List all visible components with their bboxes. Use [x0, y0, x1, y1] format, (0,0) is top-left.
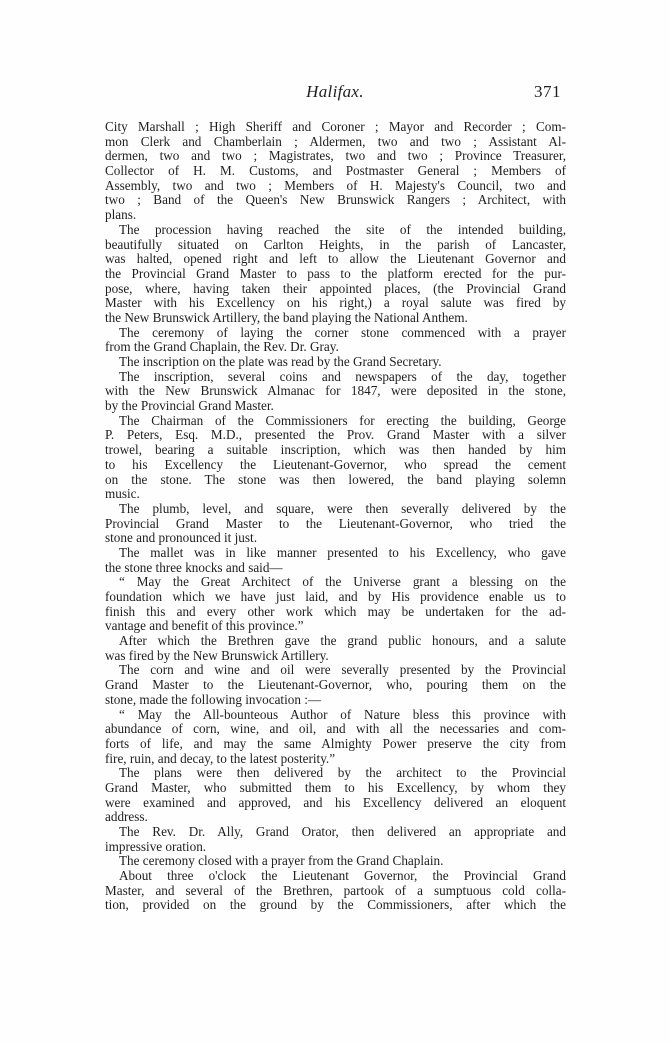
text-line: foundation which we have just laid, and … — [105, 590, 566, 605]
text-line: The inscription on the plate was read by… — [105, 355, 566, 370]
text-line: Collector of H. M. Customs, and Postmast… — [105, 164, 566, 179]
text-line: tion, provided on the ground by the Comm… — [105, 898, 566, 913]
text-line: Grand Master to the Lieutenant-Governor,… — [105, 678, 566, 693]
text-line: music. — [105, 487, 566, 502]
running-head: Halifax. 371 — [105, 82, 565, 104]
text-line: “ May the All-bounteous Author of Nature… — [105, 708, 566, 723]
text-line: The Rev. Dr. Ally, Grand Orator, then de… — [105, 825, 566, 840]
text-line: The corn and wine and oil were severally… — [105, 663, 566, 678]
text-line: P. Peters, Esq. M.D., presented the Prov… — [105, 428, 566, 443]
text-line: two ; Band of the Queen's New Brunswick … — [105, 193, 566, 208]
text-line: The plans were then delivered by the arc… — [105, 766, 566, 781]
text-line: About three o'clock the Lieutenant Gover… — [105, 869, 566, 884]
text-line: by the Provincial Grand Master. — [105, 399, 566, 414]
text-line: impressive oration. — [105, 840, 566, 855]
text-line: The ceremony closed with a prayer from t… — [105, 854, 566, 869]
text-line: The ceremony of laying the corner stone … — [105, 326, 566, 341]
text-line: on the stone. The stone was then lowered… — [105, 473, 566, 488]
page-title: Halifax. — [105, 82, 565, 102]
text-line: address. — [105, 810, 566, 825]
text-line: vantage and benefit of this province.” — [105, 619, 566, 634]
text-line: were examined and approved, and his Exce… — [105, 796, 566, 811]
text-line: Assembly, two and two ; Members of H. Ma… — [105, 179, 566, 194]
text-line: finish this and every other work which m… — [105, 605, 566, 620]
page-number: 371 — [534, 82, 561, 102]
text-line: to his Excellency the Lieutenant-Governo… — [105, 458, 566, 473]
text-line: plans. — [105, 208, 566, 223]
text-line: the stone three knocks and said— — [105, 561, 566, 576]
text-line: was fired by the New Brunswick Artillery… — [105, 649, 566, 664]
text-line: City Marshall ; High Sheriff and Coroner… — [105, 120, 566, 135]
body-text: City Marshall ; High Sheriff and Coroner… — [105, 120, 566, 913]
text-line: The mallet was in like manner presented … — [105, 546, 566, 561]
text-line: stone and pronounced it just. — [105, 531, 566, 546]
text-line: fire, ruin, and decay, to the latest pos… — [105, 752, 566, 767]
text-line: the Provincial Grand Master to pass to t… — [105, 267, 566, 282]
text-line: dermen, two and two ; Magistrates, two a… — [105, 149, 566, 164]
text-line: The Chairman of the Commissioners for er… — [105, 414, 566, 429]
text-line: was halted, opened right and left to all… — [105, 252, 566, 267]
text-line: Master, and several of the Brethren, par… — [105, 884, 566, 899]
text-line: stone, made the following invocation :— — [105, 693, 566, 708]
book-page: Halifax. 371 City Marshall ; High Sherif… — [0, 0, 670, 1043]
text-line: Grand Master, who submitted them to his … — [105, 781, 566, 796]
text-line: from the Grand Chaplain, the Rev. Dr. Gr… — [105, 340, 566, 355]
text-line: with the New Brunswick Almanac for 1847,… — [105, 384, 566, 399]
text-line: Master with his Excellency on his right,… — [105, 296, 566, 311]
text-line: The plumb, level, and square, were then … — [105, 502, 566, 517]
text-line: beautifully situated on Carlton Heights,… — [105, 238, 566, 253]
text-line: abundance of corn, wine, and oil, and wi… — [105, 722, 566, 737]
text-line: After which the Brethren gave the grand … — [105, 634, 566, 649]
text-line: The inscription, several coins and newsp… — [105, 370, 566, 385]
text-line: mon Clerk and Chamberlain ; Aldermen, tw… — [105, 135, 566, 150]
text-line: “ May the Great Architect of the Univers… — [105, 575, 566, 590]
text-line: Provincial Grand Master to the Lieutenan… — [105, 517, 566, 532]
text-line: trowel, bearing a suitable inscription, … — [105, 443, 566, 458]
text-line: forts of life, and may the same Almighty… — [105, 737, 566, 752]
text-line: The procession having reached the site o… — [105, 223, 566, 238]
text-line: the New Brunswick Artillery, the band pl… — [105, 311, 566, 326]
text-line: pose, where, having taken their appointe… — [105, 282, 566, 297]
